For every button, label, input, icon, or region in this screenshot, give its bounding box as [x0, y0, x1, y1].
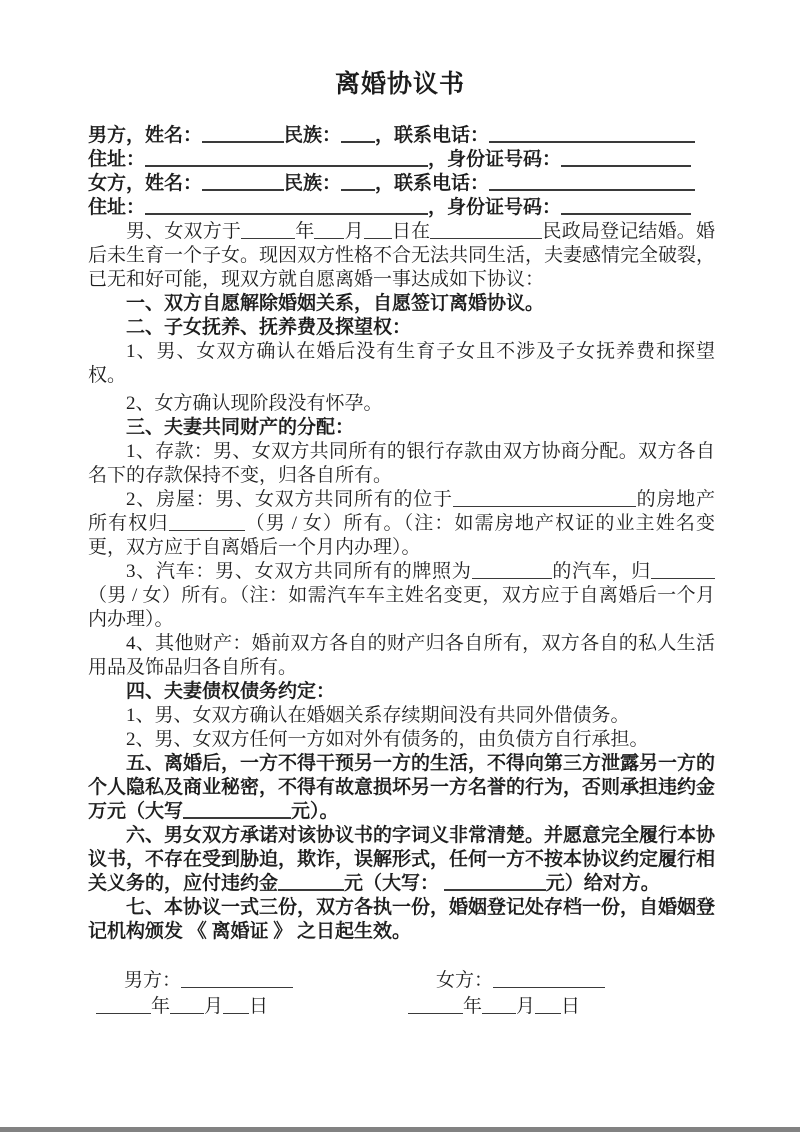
paragraph: 男方，姓名：民族：，联系电话：: [88, 124, 715, 148]
blank-field: [223, 999, 249, 1014]
blank-field: [561, 199, 691, 215]
blank-field: [651, 564, 715, 579]
signature-column: 男方：年月日: [88, 968, 400, 1020]
blank-field: [364, 224, 392, 239]
blank-field: [202, 175, 284, 191]
blank-field: [408, 999, 463, 1014]
paragraph: 2、女方确认现阶段没有怀孕。: [88, 392, 715, 416]
paragraph: 住址：，身份证号码：: [88, 148, 715, 172]
signature-column: 女方：年月日: [400, 968, 712, 1020]
paragraph: 1、男、女双方确认在婚姻关系存续期间没有共同外借债务。: [88, 704, 715, 728]
document-title: 离婚协议书: [0, 64, 800, 100]
blank-field: [241, 224, 295, 239]
blank-field: [202, 127, 284, 143]
paragraph: 4、其他财产：婚前双方各自的财产归各自所有，双方各自的私人生活用品及饰品归各自所…: [88, 632, 715, 680]
blank-field: [145, 199, 428, 215]
paragraph: 2、房屋：男、女双方共同所有的位于的房地产所有权归（男 / 女）所有。（注：如需…: [88, 488, 715, 560]
paragraph: 3、汽车：男、女双方共同所有的牌照为的汽车，归（男 / 女）所有。（注：如需汽车…: [88, 560, 715, 632]
paragraph: 六、男女双方承诺对该协议书的字词义非常清楚。并愿意完全履行本协议书，不存在受到胁…: [88, 824, 715, 896]
blank-field: [472, 564, 552, 579]
blank-field: [314, 224, 344, 239]
page: { "page": { "background": "#ffffff", "bo…: [0, 0, 800, 1132]
blank-field: [169, 516, 245, 531]
document-body: 男方，姓名：民族：，联系电话：住址：，身份证号码：女方，姓名：民族：，联系电话：…: [88, 124, 715, 1020]
paragraph: 四、夫妻债权债务约定：: [88, 680, 715, 704]
blank-field: [493, 973, 605, 988]
signature-line: 男方：: [88, 968, 400, 994]
paragraph: 男、女双方于年月日在民政局登记结婚。婚后未生育一个子女。现因双方性格不合无法共同…: [88, 220, 715, 292]
bottom-edge-bar: [0, 1127, 800, 1132]
paragraph: 女方，姓名：民族：，联系电话：: [88, 172, 715, 196]
blank-field: [561, 151, 691, 167]
blank-field: [183, 803, 291, 819]
paragraph: 2、男、女双方任何一方如对外有债务的，由负债方自行承担。: [88, 728, 715, 752]
blank-field: [170, 999, 204, 1014]
blank-field: [453, 492, 636, 507]
paragraph: 一、双方自愿解除婚姻关系，自愿签订离婚协议。: [88, 292, 715, 316]
blank-field: [482, 999, 516, 1014]
blank-field: [341, 175, 375, 191]
blank-field: [145, 151, 428, 167]
blank-field: [341, 127, 375, 143]
blank-field: [444, 875, 546, 891]
blank-field: [181, 973, 293, 988]
paragraph: 五、离婚后，一方不得干预另一方的生活，不得向第三方泄露另一方的个人隐私及商业秘密…: [88, 752, 715, 824]
paragraphs-container: 男方，姓名：民族：，联系电话：住址：，身份证号码：女方，姓名：民族：，联系电话：…: [88, 124, 715, 944]
paragraph: 七、本协议一式三份，双方各执一份，婚姻登记处存档一份，自婚姻登记机构颁发 《 离…: [88, 896, 715, 944]
signature-line: 年月日: [400, 994, 712, 1020]
blank-field: [535, 999, 561, 1014]
paragraph: 二、子女抚养、抚养费及探望权：: [88, 316, 715, 340]
paragraph: 住址：，身份证号码：: [88, 196, 715, 220]
signature-line: 年月日: [88, 994, 400, 1020]
blank-field: [430, 224, 542, 239]
blank-field: [96, 999, 151, 1014]
blank-field: [489, 127, 695, 143]
paragraph: 三、夫妻共同财产的分配：: [88, 416, 715, 440]
blank-field: [489, 175, 695, 191]
paragraph: 1、存款：男、女双方共同所有的银行存款由双方协商分配。双方各自名下的存款保持不变…: [88, 440, 715, 488]
signature-line: 女方：: [400, 968, 712, 994]
signature-block: 男方：年月日女方：年月日: [88, 968, 715, 1020]
blank-field: [278, 875, 344, 891]
paragraph: 1、男、女双方确认在婚后没有生育子女且不涉及子女抚养费和探望权。: [88, 340, 715, 388]
